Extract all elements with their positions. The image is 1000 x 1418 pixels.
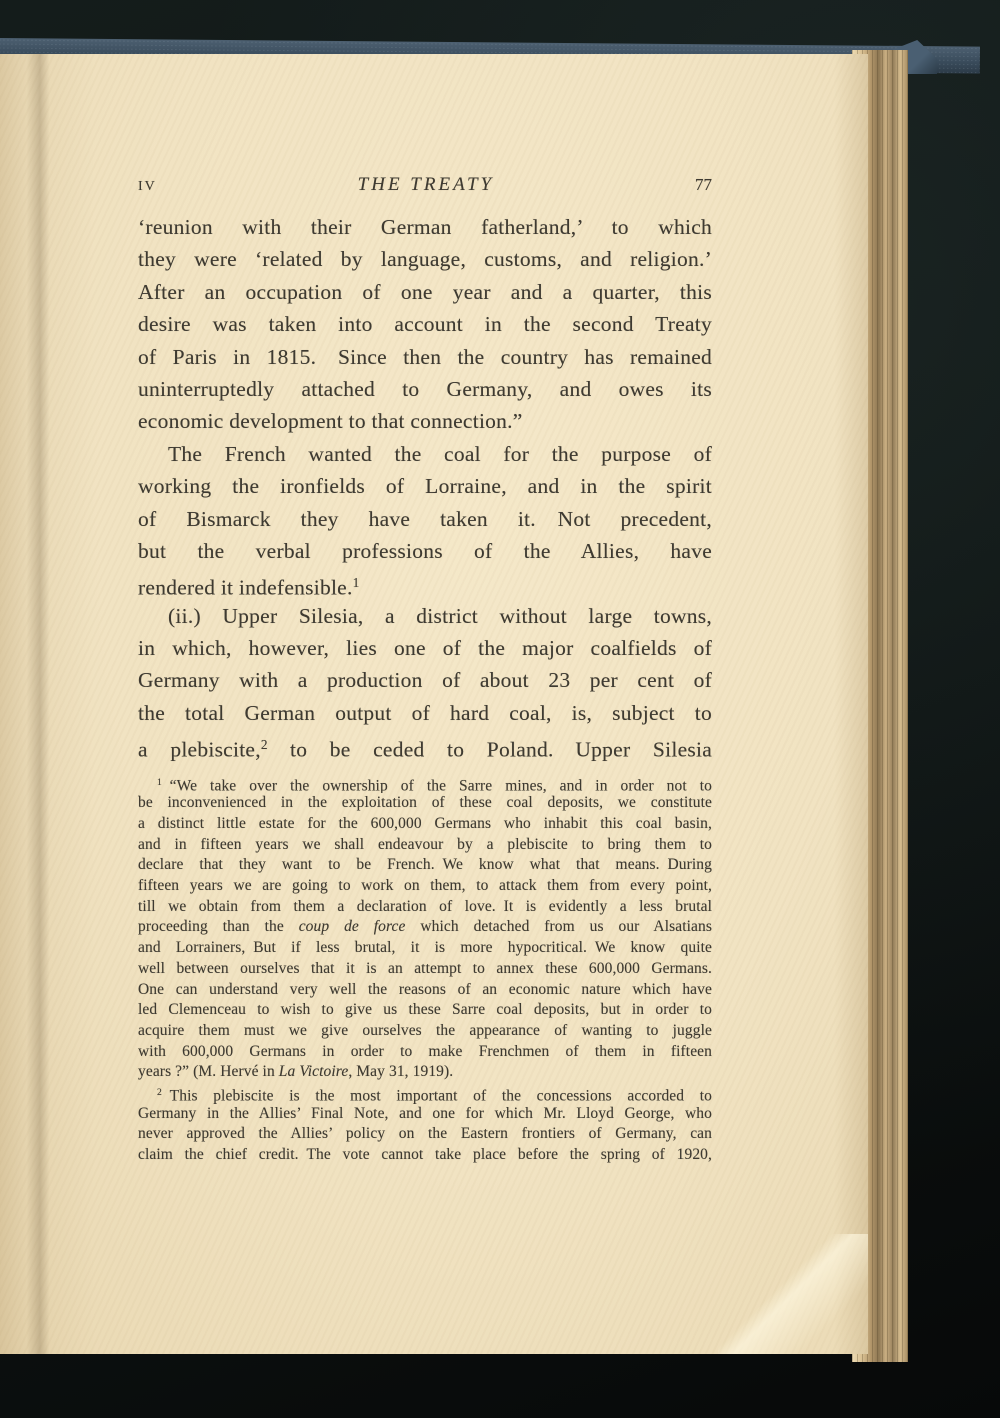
text-segment: to be ceded to Poland. Upper Silesia — [268, 738, 712, 762]
text-segment: After an occupation of one year and a qu… — [138, 280, 712, 304]
text-line: Germany with a production of about 23 pe… — [138, 664, 712, 696]
text-line: 1 “We take over the ownership of the Sar… — [138, 773, 712, 794]
text-line: be inconvenienced in the exploitation of… — [138, 793, 712, 814]
text-segment: led Clemenceau to wish to give us these … — [138, 1001, 712, 1018]
text-segment: in which, however, lies one of the major… — [138, 636, 712, 660]
text-segment: ‘reunion with their German fatherland,’ … — [138, 215, 712, 239]
text-segment: well between ourselves that it is an att… — [138, 960, 712, 977]
text-segment: The French wanted the coal for the purpo… — [168, 442, 712, 466]
text-segment: be inconvenienced in the exploitation of… — [138, 794, 712, 811]
page-edge-shadow — [834, 54, 868, 1354]
text-segment: but the verbal professions of the Allies… — [138, 539, 712, 563]
body-text: ‘reunion with their German fatherland,’ … — [138, 211, 712, 762]
text-segment: and Lorrainers, But if less brutal, it i… — [138, 939, 712, 956]
paragraph: The French wanted the coal for the purpo… — [138, 438, 712, 600]
text-segment: Germany in the Allies’ Final Note, and o… — [138, 1105, 712, 1122]
text-segment: Germany with a production of about 23 pe… — [138, 668, 712, 692]
text-line: working the ironfields of Lorraine, and … — [138, 470, 712, 502]
text-line: acquire them must we give ourselves the … — [138, 1021, 712, 1042]
text-segment: proceeding than the — [138, 918, 299, 935]
text-segment: acquire them must we give ourselves the … — [138, 1022, 712, 1039]
text-segment: a plebiscite, — [138, 738, 261, 762]
text-segment: This plebiscite is the most important of… — [162, 1087, 712, 1103]
text-segment: declare that they want to be French. We … — [138, 856, 712, 873]
text-line: declare that they want to be French. We … — [138, 855, 712, 876]
book-photo-scene: IV THE TREATY 77 ‘reunion with their Ger… — [0, 0, 1000, 1418]
text-line: a distinct little estate for the 600,000… — [138, 814, 712, 835]
text-line: but the verbal professions of the Allies… — [138, 535, 712, 567]
text-segment: years ?” (M. Hervé in — [138, 1063, 279, 1080]
text-segment: coup de force — [299, 918, 406, 935]
text-segment: the total German output of hard coal, is… — [138, 701, 712, 725]
text-line: One can understand very well the reasons… — [138, 980, 712, 1001]
running-title: THE TREATY — [157, 174, 695, 196]
text-line: well between ourselves that it is an att… — [138, 959, 712, 980]
text-segment: claim the chief credit. The vote cannot … — [138, 1146, 712, 1163]
footnote-section: 1 “We take over the ownership of the Sar… — [138, 773, 712, 1166]
chapter-numeral: IV — [138, 179, 157, 195]
text-line: of Bismarck they have taken it. Not prec… — [138, 503, 712, 535]
page-header: IV THE TREATY 77 — [138, 174, 712, 196]
text-line: years ?” (M. Hervé in La Victoire, May 3… — [138, 1062, 712, 1083]
text-segment: with 600,000 Germans in order to make Fr… — [138, 1043, 712, 1060]
text-line: and in fifteen years we shall endeavour … — [138, 835, 712, 856]
text-segment: La Victoire — [279, 1063, 349, 1080]
text-line: they were ‘related by language, customs,… — [138, 243, 712, 275]
text-line: rendered it indefensible.1 — [138, 567, 712, 599]
text-line: of Paris in 1815. Since then the country… — [138, 341, 712, 373]
text-line: with 600,000 Germans in order to make Fr… — [138, 1042, 712, 1063]
text-line: the total German output of hard coal, is… — [138, 697, 712, 729]
text-line: till we obtain from them a declaration o… — [138, 897, 712, 918]
text-line: fifteen years we are going to work on th… — [138, 876, 712, 897]
text-segment: till we obtain from them a declaration o… — [138, 898, 712, 915]
text-line: desire was taken into account in the sec… — [138, 308, 712, 340]
text-line: never approved the Allies’ policy on the… — [138, 1124, 712, 1145]
printed-text-block: IV THE TREATY 77 ‘reunion with their Ger… — [138, 174, 712, 1166]
paragraph: 2 This plebiscite is the most important … — [138, 1083, 712, 1166]
text-segment: (ii.) Upper Silesia, a district without … — [168, 604, 712, 628]
text-line: 2 This plebiscite is the most important … — [138, 1083, 712, 1104]
text-segment: which detached from us our Alsatians — [406, 918, 712, 935]
text-segment: economic development to that connection.… — [138, 409, 523, 433]
book-cover-right-edge — [903, 44, 939, 1380]
text-segment: of Paris in 1815. Since then the country… — [138, 345, 712, 369]
paragraph: ‘reunion with their German fatherland,’ … — [138, 211, 712, 438]
text-segment: uninterruptedly attached to Germany, and… — [138, 377, 712, 401]
text-line: (ii.) Upper Silesia, a district without … — [138, 600, 712, 632]
text-segment: One can understand very well the reasons… — [138, 981, 712, 998]
footnote-marker: 1 — [353, 575, 360, 590]
text-line: in which, however, lies one of the major… — [138, 632, 712, 664]
text-line: uninterruptedly attached to Germany, and… — [138, 373, 712, 405]
text-line: led Clemenceau to wish to give us these … — [138, 1000, 712, 1021]
text-segment: rendered it indefensible. — [138, 576, 353, 600]
text-segment: fifteen years we are going to work on th… — [138, 877, 712, 894]
paragraph: 1 “We take over the ownership of the Sar… — [138, 773, 712, 1083]
text-line: economic development to that connection.… — [138, 405, 712, 437]
page-number: 77 — [695, 175, 712, 195]
text-segment: working the ironfields of Lorraine, and … — [138, 474, 712, 498]
text-segment: never approved the Allies’ policy on the… — [138, 1125, 712, 1142]
text-line: The French wanted the coal for the purpo… — [138, 438, 712, 470]
footnote-marker: 2 — [261, 737, 268, 752]
text-line: After an occupation of one year and a qu… — [138, 276, 712, 308]
paragraph: (ii.) Upper Silesia, a district without … — [138, 600, 712, 762]
text-line: and Lorrainers, But if less brutal, it i… — [138, 938, 712, 959]
text-line: proceeding than the coup de force which … — [138, 917, 712, 938]
text-segment: of Bismarck they have taken it. Not prec… — [138, 507, 712, 531]
text-segment: “We take over the ownership of the Sarre… — [162, 777, 712, 793]
text-segment: a distinct little estate for the 600,000… — [138, 815, 712, 832]
text-segment: desire was taken into account in the sec… — [138, 312, 712, 336]
text-line: Germany in the Allies’ Final Note, and o… — [138, 1104, 712, 1125]
text-line: ‘reunion with their German fatherland,’ … — [138, 211, 712, 243]
text-line: a plebiscite,2 to be ceded to Poland. Up… — [138, 729, 712, 761]
text-line: claim the chief credit. The vote cannot … — [138, 1145, 712, 1166]
text-segment: , May 31, 1919). — [348, 1063, 453, 1080]
text-segment: they were ‘related by language, customs,… — [138, 247, 712, 271]
text-segment: and in fifteen years we shall endeavour … — [138, 836, 712, 853]
